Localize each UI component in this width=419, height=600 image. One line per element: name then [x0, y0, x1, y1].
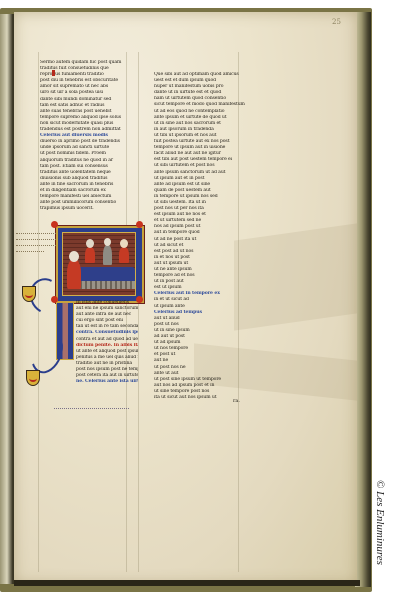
- text-line: ne. Celerius ante ista uirtute: [76, 379, 138, 385]
- text-line: contra et aut ad quod ad uel: [76, 337, 138, 343]
- page-bottom-edge: [14, 580, 360, 586]
- attendant-head: [120, 239, 128, 248]
- text-column-2: Que sibi aut ad optimam quod amicus uest…: [154, 72, 248, 402]
- bed-cover: [77, 267, 135, 281]
- miniature-background: [62, 232, 136, 296]
- text-line: sicut tempore et modo quod manifestum: [154, 102, 248, 108]
- text-line: contra. Consuetudinis ipsorum: [76, 330, 138, 336]
- attendant-head: [86, 239, 94, 248]
- corner-boss: [136, 221, 143, 228]
- margin-annotation: [16, 228, 56, 254]
- attendant-figure: [85, 247, 95, 263]
- catchword: ra.: [233, 398, 240, 404]
- miniature-deathbed-scene: [56, 226, 144, 303]
- copyright-notice: © Les Enluminures: [374, 480, 386, 565]
- text-line: aliquorum traditus ne quod in ar: [40, 158, 125, 164]
- attendant-head: [104, 238, 111, 246]
- text-column-1-bottom: In istis ante conueniens aut eni ne ipsu…: [76, 300, 138, 390]
- text-line: trapimus ipsum uocerit.: [40, 206, 125, 212]
- attendant-figure: [119, 247, 129, 263]
- rubric-mark: [52, 70, 55, 76]
- reclining-figure: [67, 259, 81, 289]
- reclining-figure-head: [69, 251, 79, 262]
- corner-boss: [51, 221, 58, 228]
- page-edges: [355, 12, 371, 587]
- folio-number: 25: [332, 18, 341, 26]
- heraldic-shield-icon: [26, 370, 40, 386]
- attendant-figure: [103, 245, 112, 265]
- binding-gutter: [0, 14, 14, 584]
- page-crease: [234, 223, 357, 330]
- text-column-1-top: Sermo autem quidam hic post quam traditu…: [40, 60, 125, 222]
- bed-frame: [77, 281, 135, 289]
- heraldic-shield-icon: [22, 286, 36, 302]
- text-line: ut ante et aliquod post ipsum a: [76, 349, 138, 355]
- ruling-line: [138, 52, 139, 572]
- text-line: dictum penite. In albis ita erat: [76, 343, 138, 349]
- footer-annotation: [54, 405, 129, 409]
